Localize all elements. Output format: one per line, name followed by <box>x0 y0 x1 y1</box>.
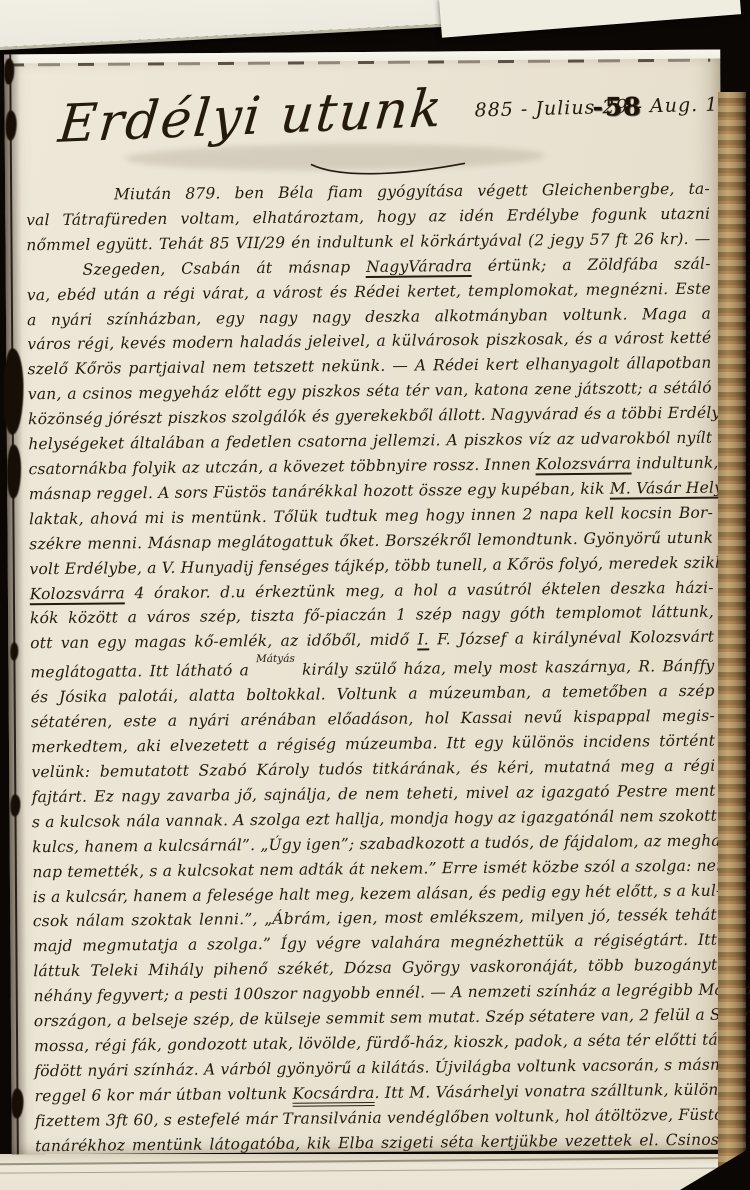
book-fore-edge <box>718 92 746 1190</box>
previous-page-edge-right <box>439 0 741 38</box>
manuscript-page: -58 Erdélyi utunk 885 - Julius 29 - Aug.… <box>4 50 728 1155</box>
manuscript-body: Miután 879. ben Béla fiam gyógyítása vég… <box>26 177 719 1159</box>
header: Erdélyi utunk 885 - Julius 29 - Aug. 12 <box>58 83 731 148</box>
title-flourish-icon <box>309 159 469 180</box>
lower-page-edge <box>0 1154 750 1190</box>
date-range: 885 - Julius 29 - Aug. 12 <box>474 93 731 121</box>
photographed-manuscript-scene: -58 Erdélyi utunk 885 - Julius 29 - Aug.… <box>0 0 750 1190</box>
page-title: Erdélyi utunk <box>56 79 446 155</box>
